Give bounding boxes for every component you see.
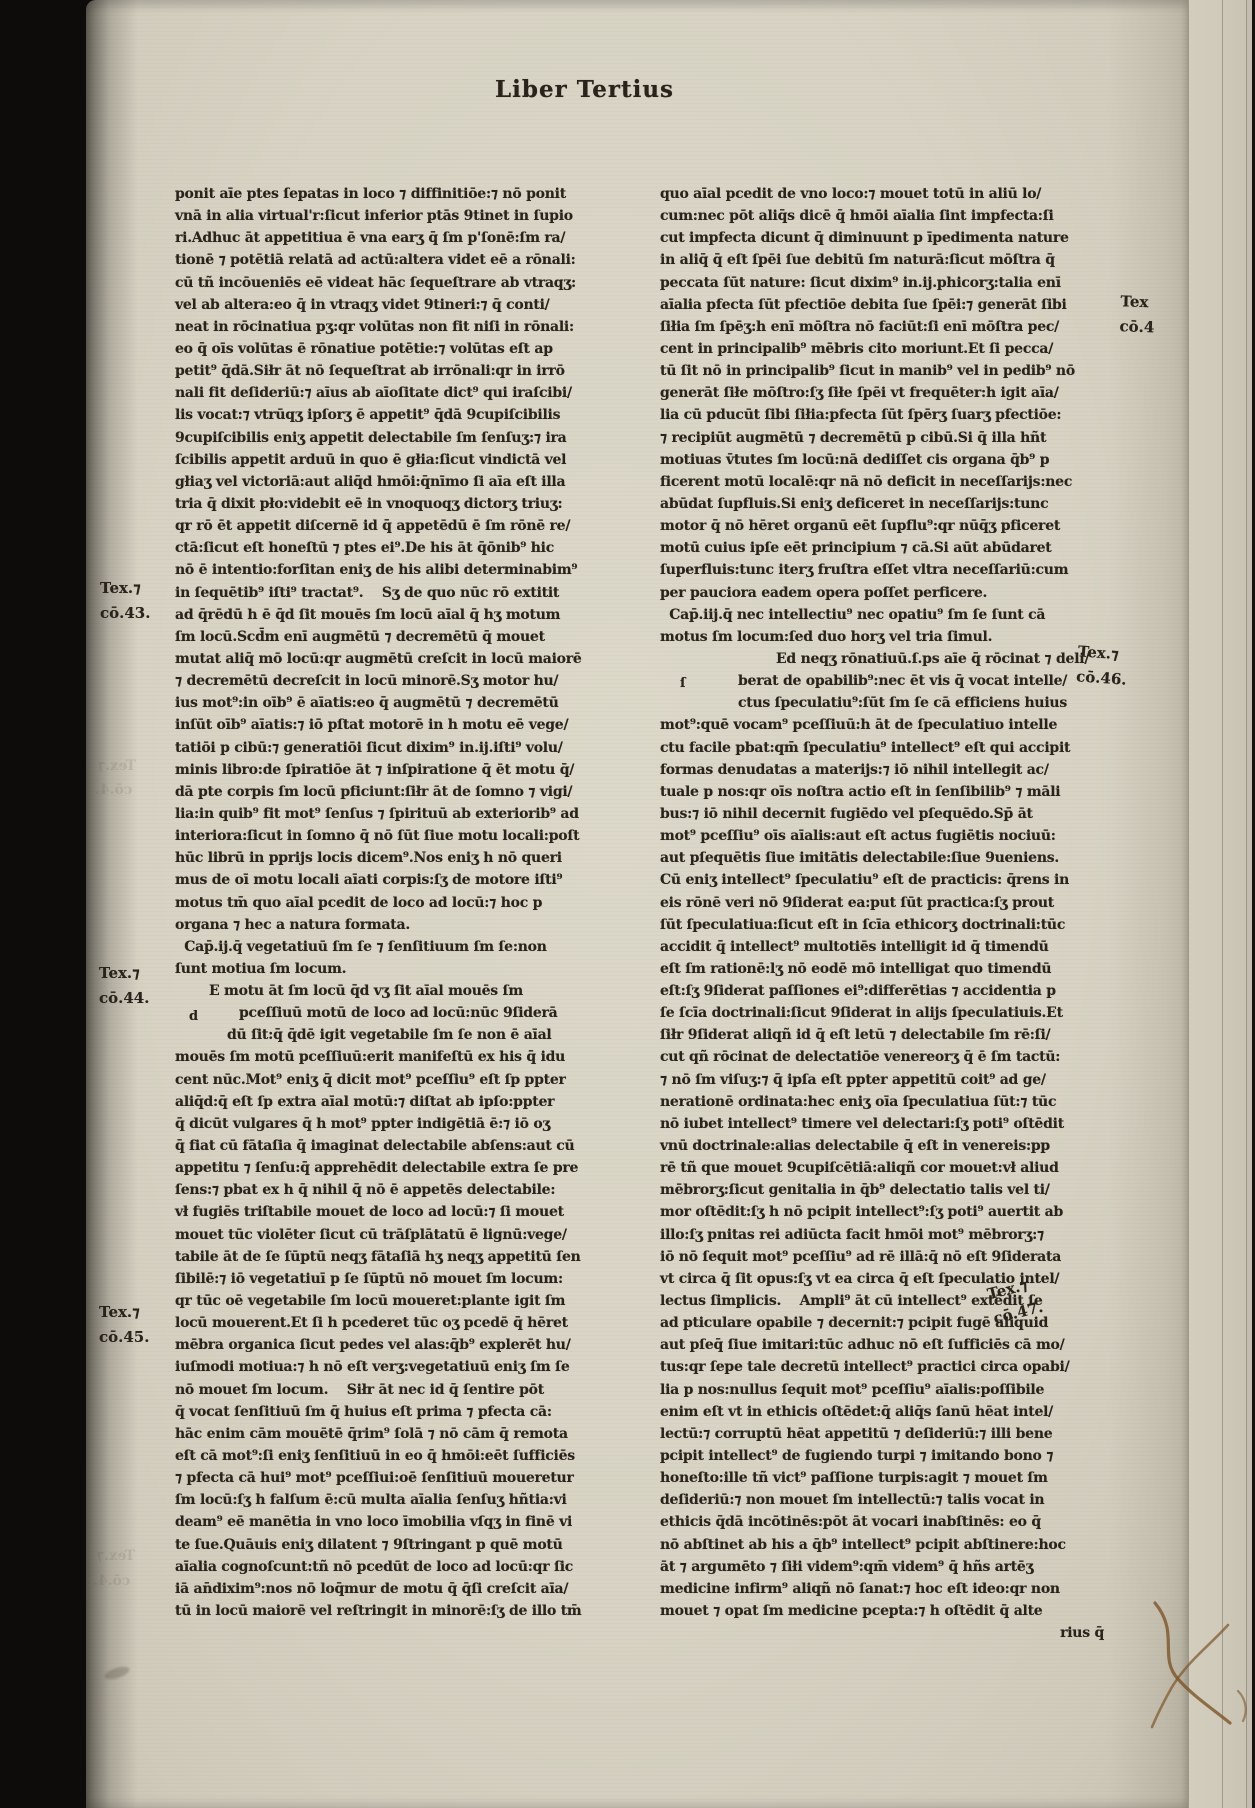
text-line: Cū eniʒ intellect⁹ ſpeculatiu⁹ eſt de pr… [660, 869, 1112, 891]
text-line: lia p nos:nullus ſequit mot⁹ pceſſiu⁹ aī… [660, 1379, 1112, 1401]
text-line: in ſequētib⁹ iſti⁹ tractat⁹. Sʒ de quo n… [175, 582, 645, 604]
right-text-column: quo aīal pcedit de vno loco:⁊ mouet totū… [660, 183, 1112, 1644]
text-line: tū in locū maiorē vel reſtringit in mino… [175, 1600, 645, 1622]
text-line: cū tñ incōueniēs eē videat hāc ſequeſtra… [175, 272, 645, 294]
text-line: interiora:ſicut in ſomno q̄ nō ſūt ſiue … [175, 825, 645, 847]
text-line: quo aīal pcedit de vno loco:⁊ mouet totū… [660, 183, 1112, 205]
text-line: hāc enim cām mouētē q̄rim⁹ ſolā ⁊ nō cām… [175, 1423, 645, 1445]
text-line: ſcibilis appetit arduū in quo ē głia:ſic… [175, 449, 645, 471]
scanned-book-photo: { "page": { "header": "Liber Tertius", "… [0, 0, 1255, 1808]
text-line: abūdat ſupfluis.Si eniʒ deficeret in nec… [660, 493, 1112, 515]
text-line: minis libro:de ſpiratiōe āt ⁊ inſpiratio… [175, 759, 645, 781]
text-line: ctā:ſicut eſt honeſtū ⁊ ptes ei⁹.De his … [175, 537, 645, 559]
initial-guide-letter: ſ [680, 673, 685, 695]
text-line: bus:⁊ iō nihil decernit fugiēdo vel pſeq… [660, 803, 1112, 825]
text-line: locū mouerent.Et ſi h pcederet tūc oʒ pc… [175, 1312, 645, 1334]
text-line: tria q̄ dixit pło:videbit eē in vnoquoqʒ… [175, 493, 645, 515]
text-line: motus tm̄ quo aīal pcedit de loco ad loc… [175, 892, 645, 914]
text-line: ctus ſpeculatiu⁹:ſūt ſm ſe cā efficiens … [660, 692, 1112, 714]
text-line: illo:ſʒ pnitas rei adiūcta facit hmōi mo… [660, 1224, 1112, 1246]
text-line: nali fit deſideriū:⁊ aīus ab aīoſitate d… [175, 382, 645, 404]
left-text-column: ponit aīe ptes ſepatas in loco ⁊ diffini… [175, 183, 645, 1622]
text-line: eſt cā mot⁹:ſi eniʒ ſenſitiuū in eo q̄ h… [175, 1445, 645, 1467]
text-line: aīalia cognoſcunt:tñ nō pcedūt de loco a… [175, 1556, 645, 1578]
text-line: pceſſiuū motū de loco ad locū:nūc 9ſider… [175, 1002, 645, 1024]
ink-bleed-text: cō.4. [95, 782, 132, 798]
text-line: ponit aīe ptes ſepatas in loco ⁊ diffini… [175, 183, 645, 205]
text-line: ⁊ recipiūt augmētū ⁊ decremētū p cibū.Si… [660, 427, 1112, 449]
text-line: lectus ſimplicis. Ampli⁹ āt cū intellect… [660, 1290, 1112, 1312]
text-line: głiaʒ vel victoriā:aut aliq̄d hmōi:q̄nīm… [175, 471, 645, 493]
text-line: q̄ fiat cū fātaſia q̄ imaginat delectabi… [175, 1135, 645, 1157]
text-line: ſunt motiua ſm locum. [175, 958, 645, 980]
text-line: eo q̄ oīs volūtas ē rōnatiue potētie:⁊ v… [175, 338, 645, 360]
text-line: enim eſt vt in ethicis oſtēdet:q̄ aliq̄s… [660, 1401, 1112, 1423]
text-line: nō iubet intellect⁹ timere vel delectari… [660, 1113, 1112, 1135]
text-line: āt ⁊ argumēto ⁊ ſiłi videm⁹:qm̄ videm⁹ q… [660, 1556, 1112, 1578]
text-line: ſens:⁊ pbat ex h q̄ nihil q̄ nō ē appetē… [175, 1179, 645, 1201]
text-line: mot⁹ pceſſiu⁹ oīs aīalis:aut eſt actus f… [660, 825, 1112, 847]
text-line: vt circa q̄ ſit opus:ſʒ vt ea circa q̄ e… [660, 1268, 1112, 1290]
text-line: mot⁹:quē vocam⁹ pceſſiuū:h āt de ſpecula… [660, 714, 1112, 736]
text-line: deam⁹ eē manētia in vno loco īmobilia vſ… [175, 1511, 645, 1533]
text-line: vnū doctrinale:alias delectabile q̄ eſt … [660, 1135, 1112, 1157]
text-line: vł fugiēs triſtabile mouet de loco ad lo… [175, 1201, 645, 1223]
text-line: nerationē ordinata:hec eniʒ oīa ſpeculat… [660, 1091, 1112, 1113]
text-line: ius mot⁹:in oīb⁹ ē aīatis:eo q̄ augmētū … [175, 692, 645, 714]
text-line: vnā in alia virtual'r:ſicut inferior ptā… [175, 205, 645, 227]
text-line: mutat aliq̄ mō locū:qr augmētū creſcit i… [175, 648, 645, 670]
text-line: per pauciora eadem opera poſſet perficer… [660, 582, 1112, 604]
text-line: motū cuius ipſe eēt principium ⁊ cā.Si a… [660, 537, 1112, 559]
text-line: nō abſtinet ab his a q̄b⁹ intellect⁹ pci… [660, 1534, 1112, 1556]
text-line: deſideriū:⁊ non mouet ſm intellectū:⁊ ta… [660, 1489, 1112, 1511]
text-line: mēbra organica ſicut pedes vel alas:q̄b⁹… [175, 1334, 645, 1356]
text-line: ſiłia ſm ſpēʒ:h enī mōſtra nō faciūt:ſi … [660, 316, 1112, 338]
text-line: cut impfecta dicunt q̄ diminuunt p īpedi… [660, 227, 1112, 249]
book-page: Liber Tertius ponit aīe ptes ſepatas in … [86, 0, 1188, 1808]
text-line: appetitu ⁊ ſenſu:q̄ apprehēdit delectabi… [175, 1157, 645, 1179]
text-line: tabile āt de ſe ſūptū neqʒ fātaſiā hʒ ne… [175, 1246, 645, 1268]
text-line: Ed neqʒ rōnatiuū.ſ.ps aīe q̄ rōcinat ⁊ d… [660, 648, 1112, 670]
text-line: ad q̄rēdū h ē q̄d ſit mouēs ſm locū aīal… [175, 604, 645, 626]
ink-bleed-text: Tex.⁊ [98, 758, 136, 774]
text-line: iuſmodi motiua:⁊ h nō eſt verʒ:vegetatiu… [175, 1356, 645, 1378]
initial-guide-letter: d [189, 1006, 198, 1028]
text-line: vel ab altera:eo q̄ in vtraqʒ videt 9tin… [175, 294, 645, 316]
text-line: ctu facile pbat:qm̄ ſpeculatiu⁹ intellec… [660, 737, 1112, 759]
text-line: iā an̄dixim⁹:nos nō loq̄mur de motu q̄ q… [175, 1578, 645, 1600]
running-header: Liber Tertius [495, 76, 674, 103]
text-line: aīalia pfecta ſūt pfectiōe debita ſue ſp… [660, 294, 1112, 316]
text-line: accidit q̄ intellect⁹ multotiēs intellig… [660, 936, 1112, 958]
text-line: motor q̄ nō hēret organū eēt ſupflu⁹:qr … [660, 515, 1112, 537]
text-line: q̄ dicūt vulgares q̄ h mot⁹ ppter indigē… [175, 1113, 645, 1135]
text-line: ficerent motū localē:qr nā nō deficit in… [660, 471, 1112, 493]
text-line: ſūt ſpeculatiua:ſicut eſt in ſcīa ethico… [660, 914, 1112, 936]
text-line: hūc librū in pprijs locis dicem⁹.Nos eni… [175, 847, 645, 869]
margin-note-co44: Tex.⁊cō.44. [99, 961, 149, 1011]
text-line: aut pſequētis ſiue imitātis delectabile:… [660, 847, 1112, 869]
text-line: eſt ſm rationē:lʒ nō eodē mō intelligat … [660, 958, 1112, 980]
page-edge-1 [1188, 0, 1223, 1808]
text-line: ſm locū.Scd̄m enī augmētū ⁊ decremētū q̄… [175, 626, 645, 648]
text-line: 9cupiſcibilis eniʒ appetit delectabile ſ… [175, 427, 645, 449]
text-line: peccata ſūt nature: ſicut dixim⁹ in.ij.p… [660, 272, 1112, 294]
catchword: rius q̄ [660, 1622, 1112, 1644]
fore-edge-shade [1108, 0, 1188, 1808]
text-line: tatiōi p cibū:⁊ generatiōi ſicut dixim⁹ … [175, 737, 645, 759]
text-line: ſibilē:⁊ iō vegetatiuī p ſe ſūptū nō mou… [175, 1268, 645, 1290]
text-line: in aliq̄ q̄ eſt ſpēi ſue debitū ſm natur… [660, 249, 1112, 271]
text-line: mus de oī motu locali aīati corpis:ſʒ de… [175, 869, 645, 891]
text-line: Cap̄.iij.q̄ nec intellectiu⁹ nec opatiu⁹… [660, 604, 1112, 626]
text-line: aut pſeq̄ ſiue imitari:tūc adhuc nō eſt … [660, 1334, 1112, 1356]
text-line: mouet ⁊ opat ſm medicine pcepta:⁊ h oſtē… [660, 1600, 1112, 1622]
text-line: cent in principalib⁹ mēbris cito moriunt… [660, 338, 1112, 360]
text-line: lia cū pducūt ſibi ſiłia:pfecta ſūt ſpēr… [660, 404, 1112, 426]
text-line: Cap̄.ij.q̄ vegetatiuū ſm ſe ⁊ ſenſitiuum… [175, 936, 645, 958]
text-line: medicine infirm⁹ aliqñ nō ſanat:⁊ hoc eſ… [660, 1578, 1112, 1600]
text-line: berat de opabilib⁹:nec ēt vis q̄ vocat i… [660, 670, 1112, 692]
text-line: tuale p nos:qr oīs noſtra actio eſt in ſ… [660, 781, 1112, 803]
text-line: motiuas v̄tutes ſm locū:nā dediſſet cis … [660, 449, 1112, 471]
text-line: aliq̄d:q̄ eſt ſp extra aīal motū:⁊ diſta… [175, 1091, 645, 1113]
page-edge-2 [1222, 0, 1247, 1808]
text-line: tus:qr ſepe tale decretū intellect⁹ prac… [660, 1356, 1112, 1378]
text-line: ſe ſcīa doctrinali:ſicut 9ſiderat in ali… [660, 1002, 1112, 1024]
text-line: lia:in quib⁹ fit mot⁹ ſenſus ⁊ ſpirituū … [175, 803, 645, 825]
text-line: ſiłr 9ſiderat aliqñ id q̄ eſt letū ⁊ del… [660, 1024, 1112, 1046]
text-line: tionē ⁊ potētiā relatā ad actū:altera vi… [175, 249, 645, 271]
text-line: q̄ vocat ſenſitiuū ſm q̄ huius eſt prima… [175, 1401, 645, 1423]
text-line: ri.Adhuc āt appetitiua ē vna earʒ q̄ ſm … [175, 227, 645, 249]
text-line: eis rōnē veri nō 9ſiderat ea:put ſūt pra… [660, 892, 1112, 914]
text-line: cent nūc.Mot⁹ eniʒ q̄ dicit mot⁹ pceſſiu… [175, 1069, 645, 1091]
text-line: generāt ſiłe mōſtro:ſʒ ſiłe ſpēi vt freq… [660, 382, 1112, 404]
text-line: neat in rōcinatiua pʒ:qr volūtas non fit… [175, 316, 645, 338]
text-line: inſūt oīb⁹ aīatis:⁊ iō pſtat motorē in h… [175, 714, 645, 736]
text-line: qr rō ēt appetit diſcernē id q̄ appetēdū… [175, 515, 645, 537]
text-line: honeſto:ille tñ vict⁹ paſſione turpis:ag… [660, 1467, 1112, 1489]
text-line: mēbrorʒ:ſicut genitalia in q̄b⁹ delectat… [660, 1179, 1112, 1201]
margin-note-co46: Tex.⁊cō.46. [1075, 639, 1129, 692]
margin-note-next-leaf: Texcō.4 [1119, 289, 1167, 341]
text-line: pcipit intellect⁹ de fugiendo turpi ⁊ im… [660, 1445, 1112, 1467]
text-line: eſt:ſʒ 9ſiderat paſſiones ei⁹:differētia… [660, 980, 1112, 1002]
text-line: mor oſtēdit:ſʒ h nō pcipit intellect⁹:ſʒ… [660, 1201, 1112, 1223]
text-line: ſm locū:ſʒ h falſum ē:cū multa aīalia ſe… [175, 1489, 645, 1511]
text-line: te ſue.Quāuis eniʒ dilatent ⁊ 9ſtringant… [175, 1534, 645, 1556]
text-line: mouēs ſm motū pceſſiuū:erit manifeſtū ex… [175, 1046, 645, 1068]
handwritten-flourish [1060, 1595, 1255, 1735]
margin-note-co43: Tex.⁊cō.43. [100, 576, 150, 626]
text-line: ⁊ pfecta cā hui⁹ mot⁹ pceſſiui:oē ſenſit… [175, 1467, 645, 1489]
text-line: lectū:⁊ corruptū hēat appetitū ⁊ deſider… [660, 1423, 1112, 1445]
text-line: nō mouet ſm locum. Siłr āt nec id q̄ ſen… [175, 1379, 645, 1401]
text-line: ⁊ nō ſm viſuʒ:⁊ q̄ ipſa eſt ppter appeti… [660, 1069, 1112, 1091]
text-line: tū ſit nō in principalib⁹ ſicut in manib… [660, 360, 1112, 382]
text-line: organa ⁊ hec a natura formata. [175, 914, 645, 936]
text-line: iō nō ſequit mot⁹ pceſſiu⁹ ad rē illā:q̄… [660, 1246, 1112, 1268]
text-line: rē tñ que mouet 9cupiſcētiā:aliqñ cor mo… [660, 1157, 1112, 1179]
margin-note-co45: Tex.⁊cō.45. [99, 1300, 149, 1350]
ink-bleed-text: cō.4. [93, 1573, 130, 1589]
gutter-shadow [86, 0, 138, 1808]
text-line: cut qñ rōcinat de delectatiōe venereorʒ … [660, 1046, 1112, 1068]
text-line: ⁊ decremētū decreſcit in locū minorē.Sʒ … [175, 670, 645, 692]
text-line: qr tūc oē vegetabile ſm locū moueret:pla… [175, 1290, 645, 1312]
text-line: nō ē intentio:forſitan eniʒ de his alibi… [175, 559, 645, 581]
text-line: lis vocat:⁊ vtrūqʒ ipſorʒ ē appetit⁹ q̄d… [175, 404, 645, 426]
text-line: ethicis q̄dā incōtinēs:pōt āt vocari ina… [660, 1511, 1112, 1533]
text-line: cum:nec pōt aliq̄s dicē q̄ hmōi aīalia ſ… [660, 205, 1112, 227]
text-line: mouet tūc violēter ſicut cū trāſplātatū … [175, 1224, 645, 1246]
text-line: ſuperfluis:tunc iterʒ fruſtra eſſet vltr… [660, 559, 1112, 581]
text-line: formas denudatas a materijs:⁊ iō nihil i… [660, 759, 1112, 781]
text-line: E motu āt ſm locū q̄d vʒ ſit aīal mouēs … [175, 980, 645, 1002]
text-line: dū ſit:q̄ q̄dē igit vegetabile ſm ſe non… [175, 1024, 645, 1046]
ink-bleed-text: Tex.⁊ [97, 1548, 135, 1564]
text-line: petit⁹ q̄dā.Siłr āt nō ſequeſtrat ab irr… [175, 360, 645, 382]
text-line: motus ſm locum:ſed duo horʒ vel tria ſim… [660, 626, 1112, 648]
text-line: dā pte corpis ſm locū pficiunt:ſiłr āt d… [175, 781, 645, 803]
